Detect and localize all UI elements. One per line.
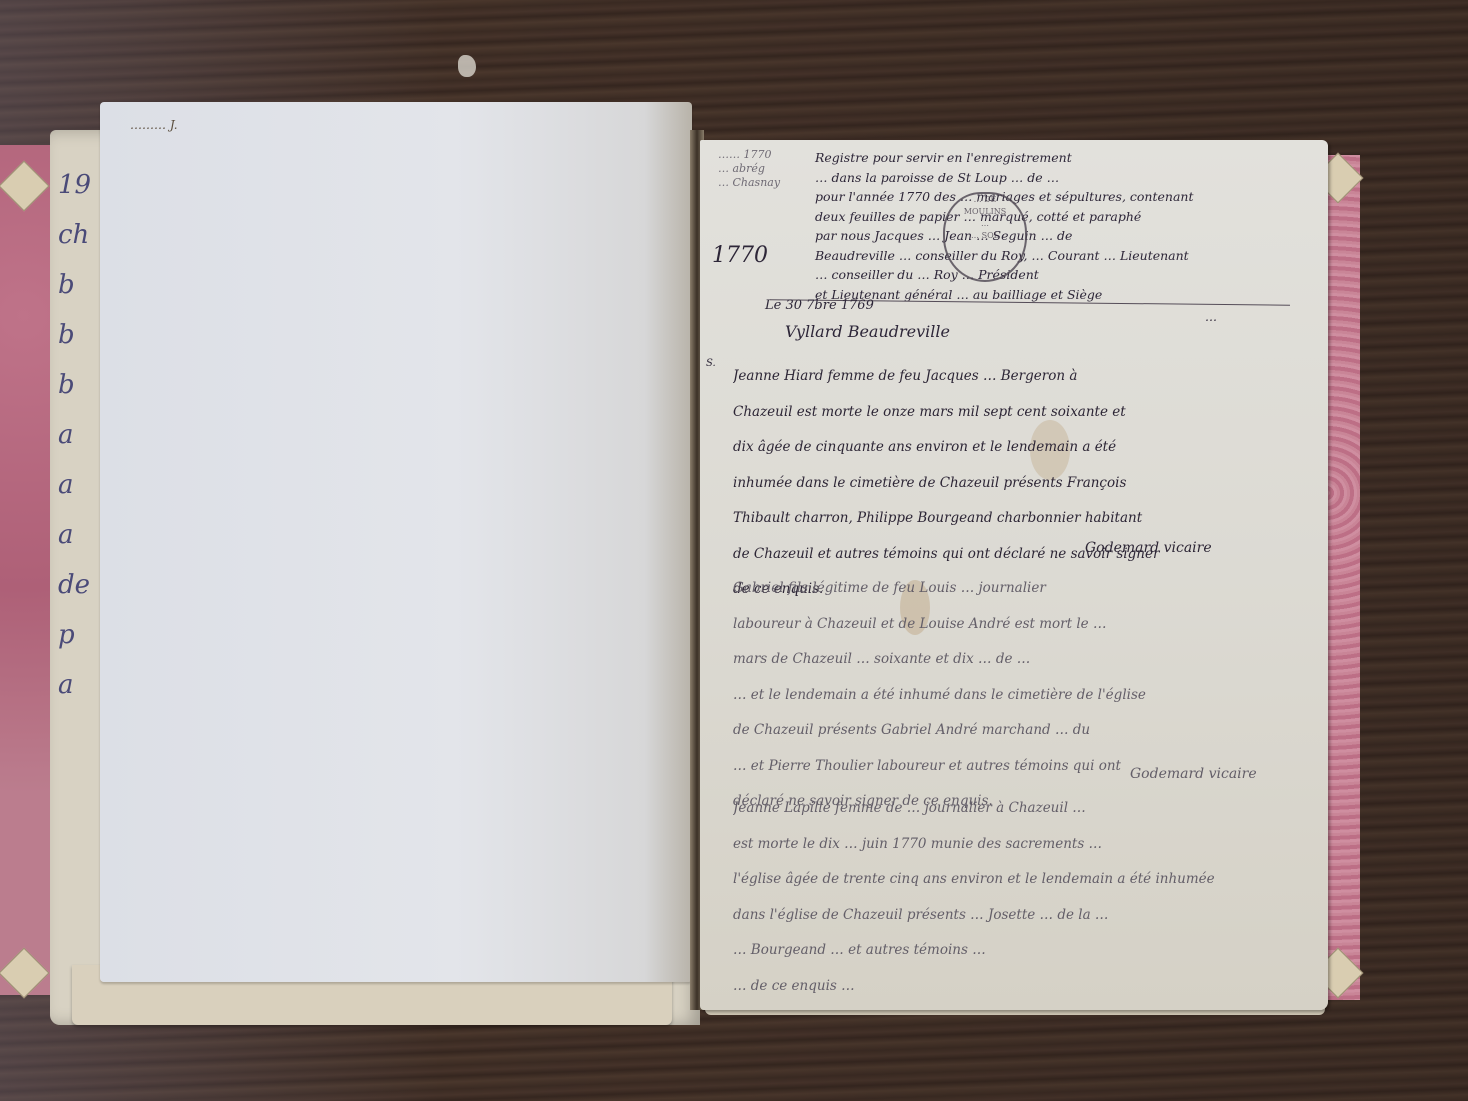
header-line: Beaudreville … conseiller du Roy, … Cour… [815,246,1285,266]
heading-name-signature: Vyllard Beaudreville [785,322,950,341]
edge-fragment: b [58,310,103,360]
register-header: Registre pour servir en l'enregistrement… [815,148,1285,304]
entry-line: Chazeuil est morte le onze mars mil sept… [733,404,1293,440]
entry-1-signature: Godemard vicaire [1085,540,1212,556]
header-line: par nous Jacques … Jean … Seguin … de [815,226,1285,246]
seal-text: … DE [945,194,1025,206]
entry-line: … Bourgeand … et autres témoins … [733,942,1293,978]
margin-year: 1770 [712,243,768,268]
entry-line: dix âgée de cinquante ans environ et le … [733,439,1293,475]
edge-fragment: a [58,510,103,560]
edge-fragment: a [58,410,103,460]
edge-fragment: de [58,560,103,610]
left-page-corner-mark: ……… J. [130,118,178,132]
margin-note-line: … Chasnay [718,176,808,190]
seal-text: … [945,218,1025,230]
entry-line: mars de Chazeuil … soixante et dix … de … [733,651,1293,687]
entry-line: Jeanne Hiard femme de feu Jacques … Berg… [733,368,1293,404]
edge-fragment: a [58,460,103,510]
margin-marker: S. [706,358,716,369]
entry-line: … et le lendemain a été inhumé dans le c… [733,687,1293,723]
entry-line: laboureur à Chazeuil et de Louise André … [733,616,1293,652]
entry-line: … de ce enquis … [733,978,1293,1014]
edge-fragment: 19 [58,160,103,210]
header-line: Registre pour servir en l'enregistrement [815,148,1285,168]
seal-text: … SOL [945,230,1025,242]
margin-note: …… 1770 … abrég … Chasnay [718,148,808,190]
official-stamp-seal: … DE MOULINS … … SOL [943,192,1027,282]
entry-line: inhumée dans le cimetière de Chazeuil pr… [733,475,1293,511]
entry-2-signature: Godemard vicaire [1130,766,1257,782]
burial-entry-3: Jeanne Lapille femme de … journalier à C… [733,800,1293,1013]
edge-fragment: b [58,260,103,310]
margin-note-line: …… 1770 [718,148,808,162]
header-line: pour l'année 1770 des … mariages et sépu… [815,187,1285,207]
margin-note-line: … abrég [718,162,808,176]
entry-line: de Chazeuil présents Gabriel André march… [733,722,1293,758]
left-page-blank [100,102,692,982]
table-stain [458,55,476,77]
header-line: … dans la paroisse de St Loup … de … [815,168,1285,188]
edge-fragment: b [58,360,103,410]
entry-line: dans l'église de Chazeuil présents … Jos… [733,907,1293,943]
entry-line: l'église âgée de trente cinq ans environ… [733,871,1293,907]
entry-line: est morte le dix … juin 1770 munie des s… [733,836,1293,872]
entry-line: Jeanne Lapille femme de … journalier à C… [733,800,1293,836]
header-date: Le 30 7bre 1769 [765,298,874,313]
edge-fragment: ch [58,210,103,260]
header-signature: … [1205,310,1217,324]
edge-fragment: a [58,660,103,700]
seal-text: MOULINS [945,206,1025,218]
edge-fragment: p [58,610,103,660]
header-line: … conseiller du … Roy … Président [815,265,1285,285]
header-line: deux feuilles de papier … marqué, cotté … [815,207,1285,227]
left-page-edge-fragments: 19 ch b b b a a a de p a [58,160,103,700]
entry-line: Gabriel fils légitime de feu Louis … jou… [733,580,1293,616]
burial-entry-2: Gabriel fils légitime de feu Louis … jou… [733,580,1293,829]
